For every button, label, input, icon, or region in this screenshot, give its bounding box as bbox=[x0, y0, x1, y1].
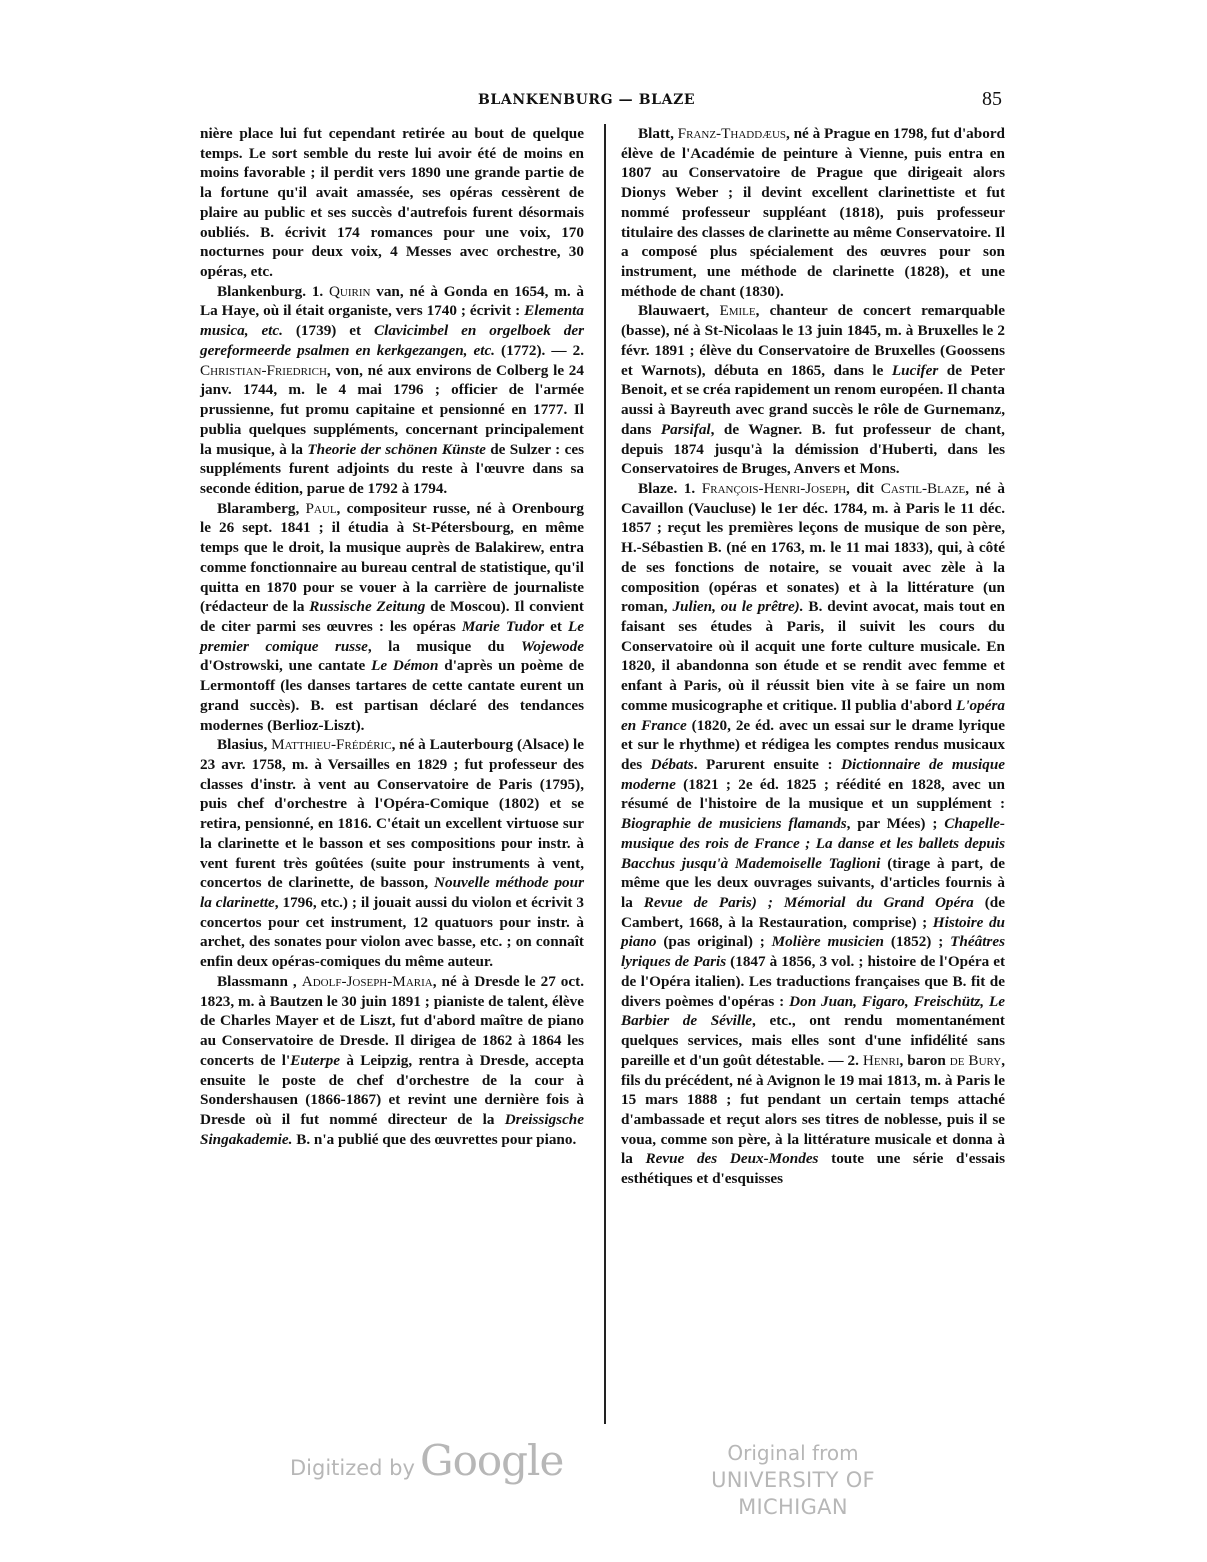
running-title: BLANKENBURG — BLAZE bbox=[478, 92, 695, 108]
entry-blatt: Blatt, Franz-Thaddæus, né à Prague en 17… bbox=[621, 124, 1005, 301]
running-header: BLANKENBURG — BLAZE 85 bbox=[0, 90, 1207, 114]
forename: Henri bbox=[863, 1052, 900, 1069]
entry-blaze: Blaze. 1. François-Henri-Joseph, dit Cas… bbox=[621, 479, 1005, 1189]
work-title: Wojewode bbox=[521, 638, 584, 655]
forename: Matthieu-Frédéric bbox=[271, 736, 392, 753]
forename: Castil-Blaze bbox=[881, 480, 966, 497]
forename: Paul bbox=[305, 500, 336, 517]
work-title: Euterpe bbox=[290, 1052, 340, 1069]
headword: Blasius bbox=[217, 736, 263, 753]
original-from-watermark: Original from UNIVERSITY OF MICHIGAN bbox=[668, 1440, 918, 1521]
digitized-by-google-watermark: Digitized by Google bbox=[290, 1436, 563, 1485]
work-title: Le Démon bbox=[371, 657, 438, 674]
work-title: Lucifer bbox=[892, 362, 938, 379]
left-column: nière place lui fut cependant retirée au… bbox=[200, 124, 584, 1149]
column-divider bbox=[604, 124, 606, 1424]
headword: Blassmann bbox=[217, 973, 288, 990]
forename: Emile bbox=[719, 302, 755, 319]
work-title: Parsifal bbox=[661, 421, 711, 438]
original-from-label: Original from bbox=[668, 1440, 918, 1467]
work-title: Revue des Deux-Mondes bbox=[645, 1150, 818, 1167]
entry-blaramberg: Blaramberg, Paul, compositeur russe, né … bbox=[200, 499, 584, 736]
headword: Blankenburg bbox=[217, 283, 302, 300]
entry-blassmann: Blassmann , Adolf-Joseph-Maria, né à Dre… bbox=[200, 972, 584, 1149]
entry-blasius: Blasius, Matthieu-Frédéric, né à Lauterb… bbox=[200, 735, 584, 972]
work-title: Russische Zeitung bbox=[309, 598, 425, 615]
forename: Adolf-Joseph-Maria bbox=[302, 973, 433, 990]
entry-blauwaert: Blauwaert, Emile, chanteur de concert re… bbox=[621, 301, 1005, 478]
headword: Blaramberg bbox=[217, 500, 295, 517]
work-title: Molière musicien bbox=[772, 933, 884, 950]
forename: de Bury bbox=[950, 1052, 1001, 1069]
right-column: Blatt, Franz-Thaddæus, né à Prague en 17… bbox=[621, 124, 1005, 1189]
page-number: 85 bbox=[982, 88, 1002, 111]
university-label: UNIVERSITY OF MICHIGAN bbox=[668, 1467, 918, 1521]
entry-blankenburg: Blankenburg. 1. Quirin van, né à Gonda e… bbox=[200, 282, 584, 499]
forename: Quirin bbox=[329, 283, 371, 300]
work-title: Marie Tudor bbox=[462, 618, 544, 635]
forename: Christian-Friedrich bbox=[200, 362, 327, 379]
work-title: Débats bbox=[651, 756, 694, 773]
work-title: Revue de Paris) ; Mémorial du Grand Opér… bbox=[644, 894, 974, 911]
work-title: Biographie de musiciens flamands bbox=[621, 815, 847, 832]
headword: Blauwaert bbox=[638, 302, 706, 319]
google-logo-text: Google bbox=[420, 1436, 563, 1485]
forename: Franz-Thaddæus bbox=[678, 125, 786, 142]
digitized-prefix: Digitized by bbox=[290, 1456, 415, 1480]
headword: Blaze bbox=[638, 480, 673, 497]
work-title: Julien, ou le prêtre). bbox=[672, 598, 803, 615]
forename: François-Henri-Joseph bbox=[702, 480, 846, 497]
work-title: Theorie der schönen Künste bbox=[307, 441, 486, 458]
headword: Blatt bbox=[638, 125, 670, 142]
continued-entry: nière place lui fut cependant retirée au… bbox=[200, 124, 584, 282]
